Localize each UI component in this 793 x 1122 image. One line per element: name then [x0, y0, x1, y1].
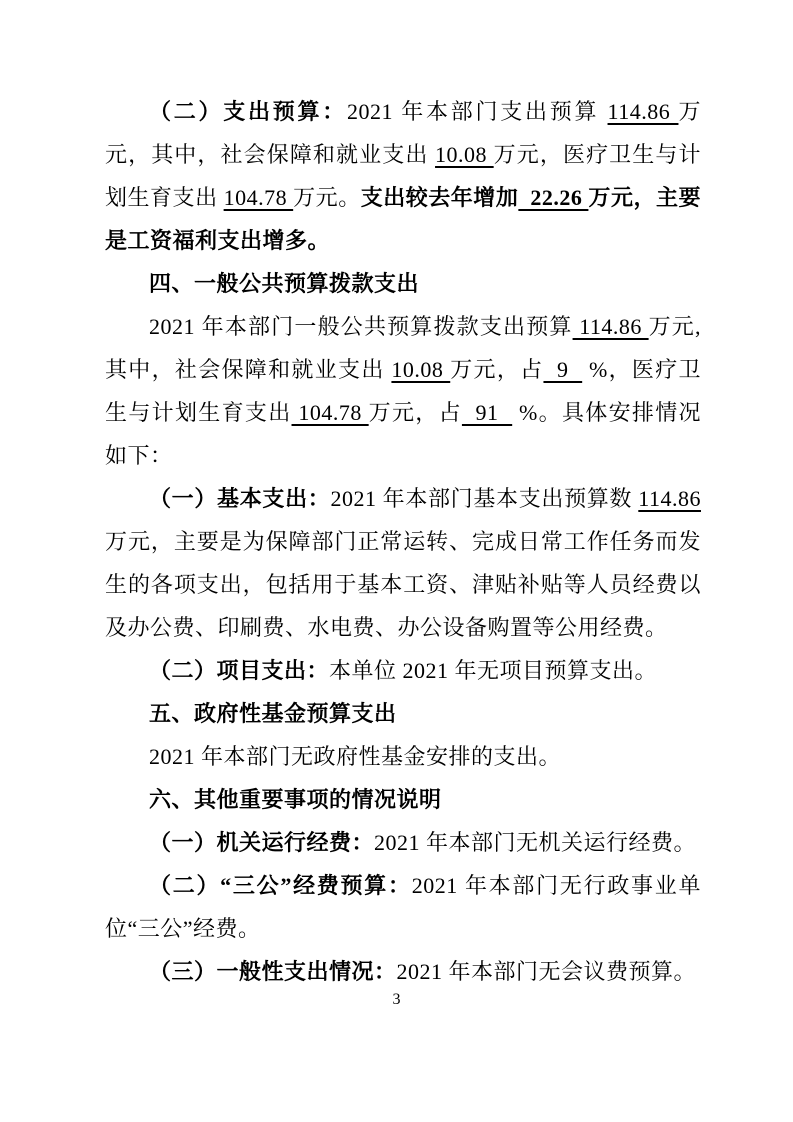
text-segment: 万元，主要是为保障部门正常运转、完成日常工作任务而发生的各项支出，包括用于基本工…: [105, 529, 701, 640]
paragraph-expenditure-budget: （二）支出预算：2021 年本部门支出预算 114.86 万元，其中，社会保障和…: [105, 90, 701, 262]
text-segment: 104.78: [292, 400, 369, 425]
paragraph-agency-operation: （一）机关运行经费：2021 年本部门无机关运行经费。: [105, 821, 701, 864]
text-segment: 22.26: [518, 185, 588, 210]
text-segment: （二）项目支出：: [149, 658, 329, 683]
text-segment: （一）机关运行经费：: [149, 830, 374, 855]
text-segment: 万元。: [293, 185, 361, 210]
text-segment: 114.86: [608, 99, 679, 124]
text-segment: （三）一般性支出情况：: [149, 959, 397, 984]
text-segment: 10.08: [435, 142, 494, 167]
paragraph-three-public-funds: （二）“三公”经费预算：2021 年本部门无行政事业单位“三公”经费。: [105, 864, 701, 950]
text-segment: 2021 年本部门支出预算: [347, 99, 608, 124]
text-segment: 2021 年本部门基本支出预算数: [330, 486, 638, 511]
text-segment: 2021 年本部门无机关运行经费。: [374, 830, 696, 855]
text-segment: （一）基本支出：: [149, 486, 330, 511]
text-segment: 万元，占: [369, 400, 462, 425]
paragraph-general-public-budget: 2021 年本部门一般公共预算拨款支出预算 114.86 万元,其中，社会保障和…: [105, 305, 701, 477]
paragraph-project-expenditure: （二）项目支出：本单位 2021 年无项目预算支出。: [105, 649, 701, 692]
text-segment: （二）支出预算：: [149, 99, 347, 124]
text-segment: 104.78: [224, 185, 294, 210]
paragraph-gov-fund: 2021 年本部门无政府性基金安排的支出。: [105, 735, 701, 778]
heading-section-5: 五、政府性基金预算支出: [105, 692, 701, 735]
text-segment: 2021 年本部门无会议费预算。: [397, 959, 697, 984]
document-page: （二）支出预算：2021 年本部门支出预算 114.86 万元，其中，社会保障和…: [0, 0, 793, 1122]
heading-section-4: 四、一般公共预算拨款支出: [105, 262, 701, 305]
text-segment: 114.86: [638, 486, 701, 511]
text-segment: 万元，占: [450, 357, 543, 382]
paragraph-general-spending: （三）一般性支出情况：2021 年本部门无会议费预算。: [105, 950, 701, 993]
document-content: （二）支出预算：2021 年本部门支出预算 114.86 万元，其中，社会保障和…: [105, 90, 701, 993]
heading-section-6: 六、其他重要事项的情况说明: [105, 778, 701, 821]
text-segment: 10.08: [391, 357, 450, 382]
text-segment: 本单位 2021 年无项目预算支出。: [329, 658, 657, 683]
page-number: 3: [0, 990, 793, 1010]
text-segment: 支出较去年增加: [361, 185, 519, 210]
text-segment: 2021 年本部门无政府性基金安排的支出。: [149, 744, 561, 769]
text-segment: 91: [462, 400, 512, 425]
paragraph-basic-expenditure: （一）基本支出：2021 年本部门基本支出预算数 114.86 万元，主要是为保…: [105, 477, 701, 649]
text-segment: 2021 年本部门一般公共预算拨款支出预算: [149, 314, 573, 339]
text-segment: （二）“三公”经费预算：: [149, 873, 412, 898]
text-segment: 9: [543, 357, 582, 382]
text-segment: 114.86: [573, 314, 649, 339]
